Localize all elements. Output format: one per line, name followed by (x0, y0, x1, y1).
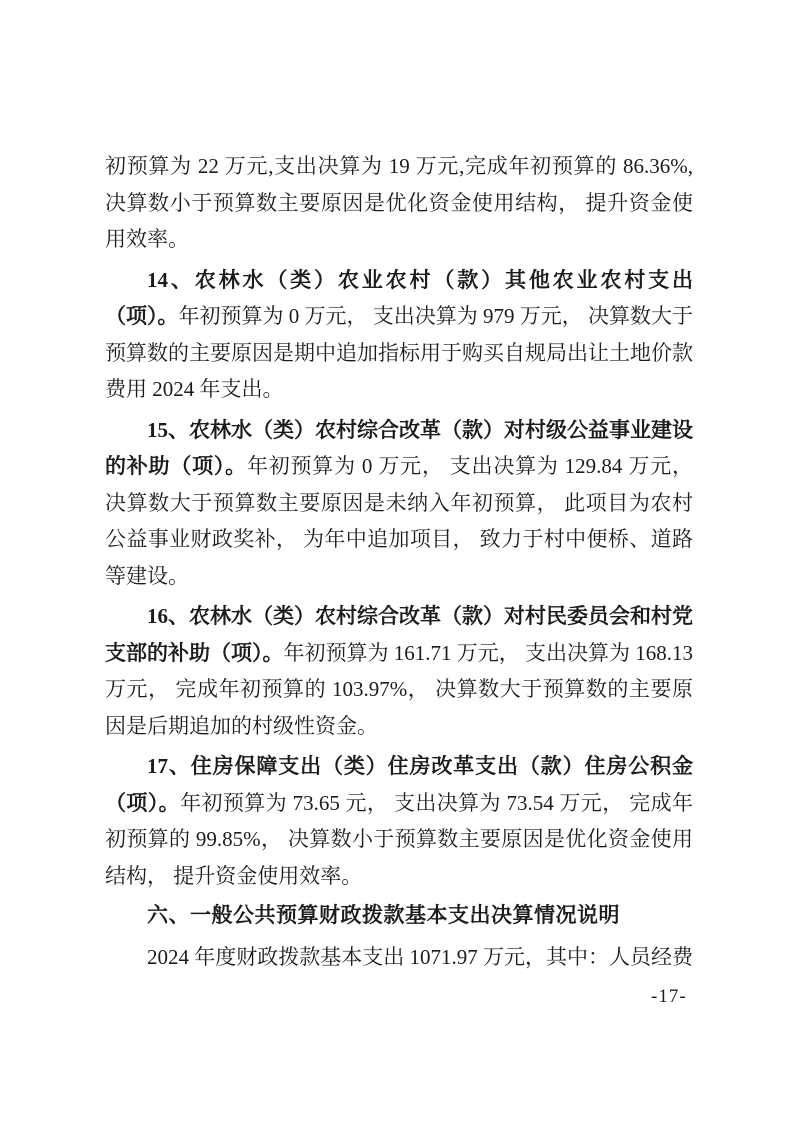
document-page: 初预算为 22 万元,支出决算为 19 万元,完成年初预算的 86.36%,决算… (0, 0, 793, 1122)
paragraph-item-17: 17、住房保障支出（类）住房改革支出（款）住房公积金（项）。年初预算为 73.6… (105, 748, 693, 894)
paragraph-continuation: 初预算为 22 万元,支出决算为 19 万元,完成年初预算的 86.36%,决算… (105, 148, 693, 258)
paragraph-item-16: 16、农林水（类）农村综合改革（款）对村民委员会和村党支部的补助（项）。年初预算… (105, 598, 693, 744)
paragraph-closing: 2024 年度财政拨款基本支出 1071.97 万元，其中：人员经费 (105, 939, 693, 976)
item-14-text: 年初预算为 0 万元， 支出决算为 979 万元， 决算数大于预算数的主要原因是… (105, 304, 693, 401)
page-number: -17- (651, 986, 687, 1008)
document-body: 初预算为 22 万元,支出决算为 19 万元,完成年初预算的 86.36%,决算… (105, 148, 693, 979)
paragraph-item-15: 15、农林水（类）农村综合改革（款）对村级公益事业建设的补助（项）。年初预算为 … (105, 412, 693, 595)
paragraph-item-14: 14、农林水（类）农业农村（款）其他农业农村支出（项）。年初预算为 0 万元， … (105, 262, 693, 408)
item-17-text: 年初预算为 73.65 元， 支出决算为 73.54 万元， 完成年初预算的 9… (105, 791, 693, 888)
section-heading-six: 六、一般公共预算财政拨款基本支出决算情况说明 (105, 898, 693, 935)
